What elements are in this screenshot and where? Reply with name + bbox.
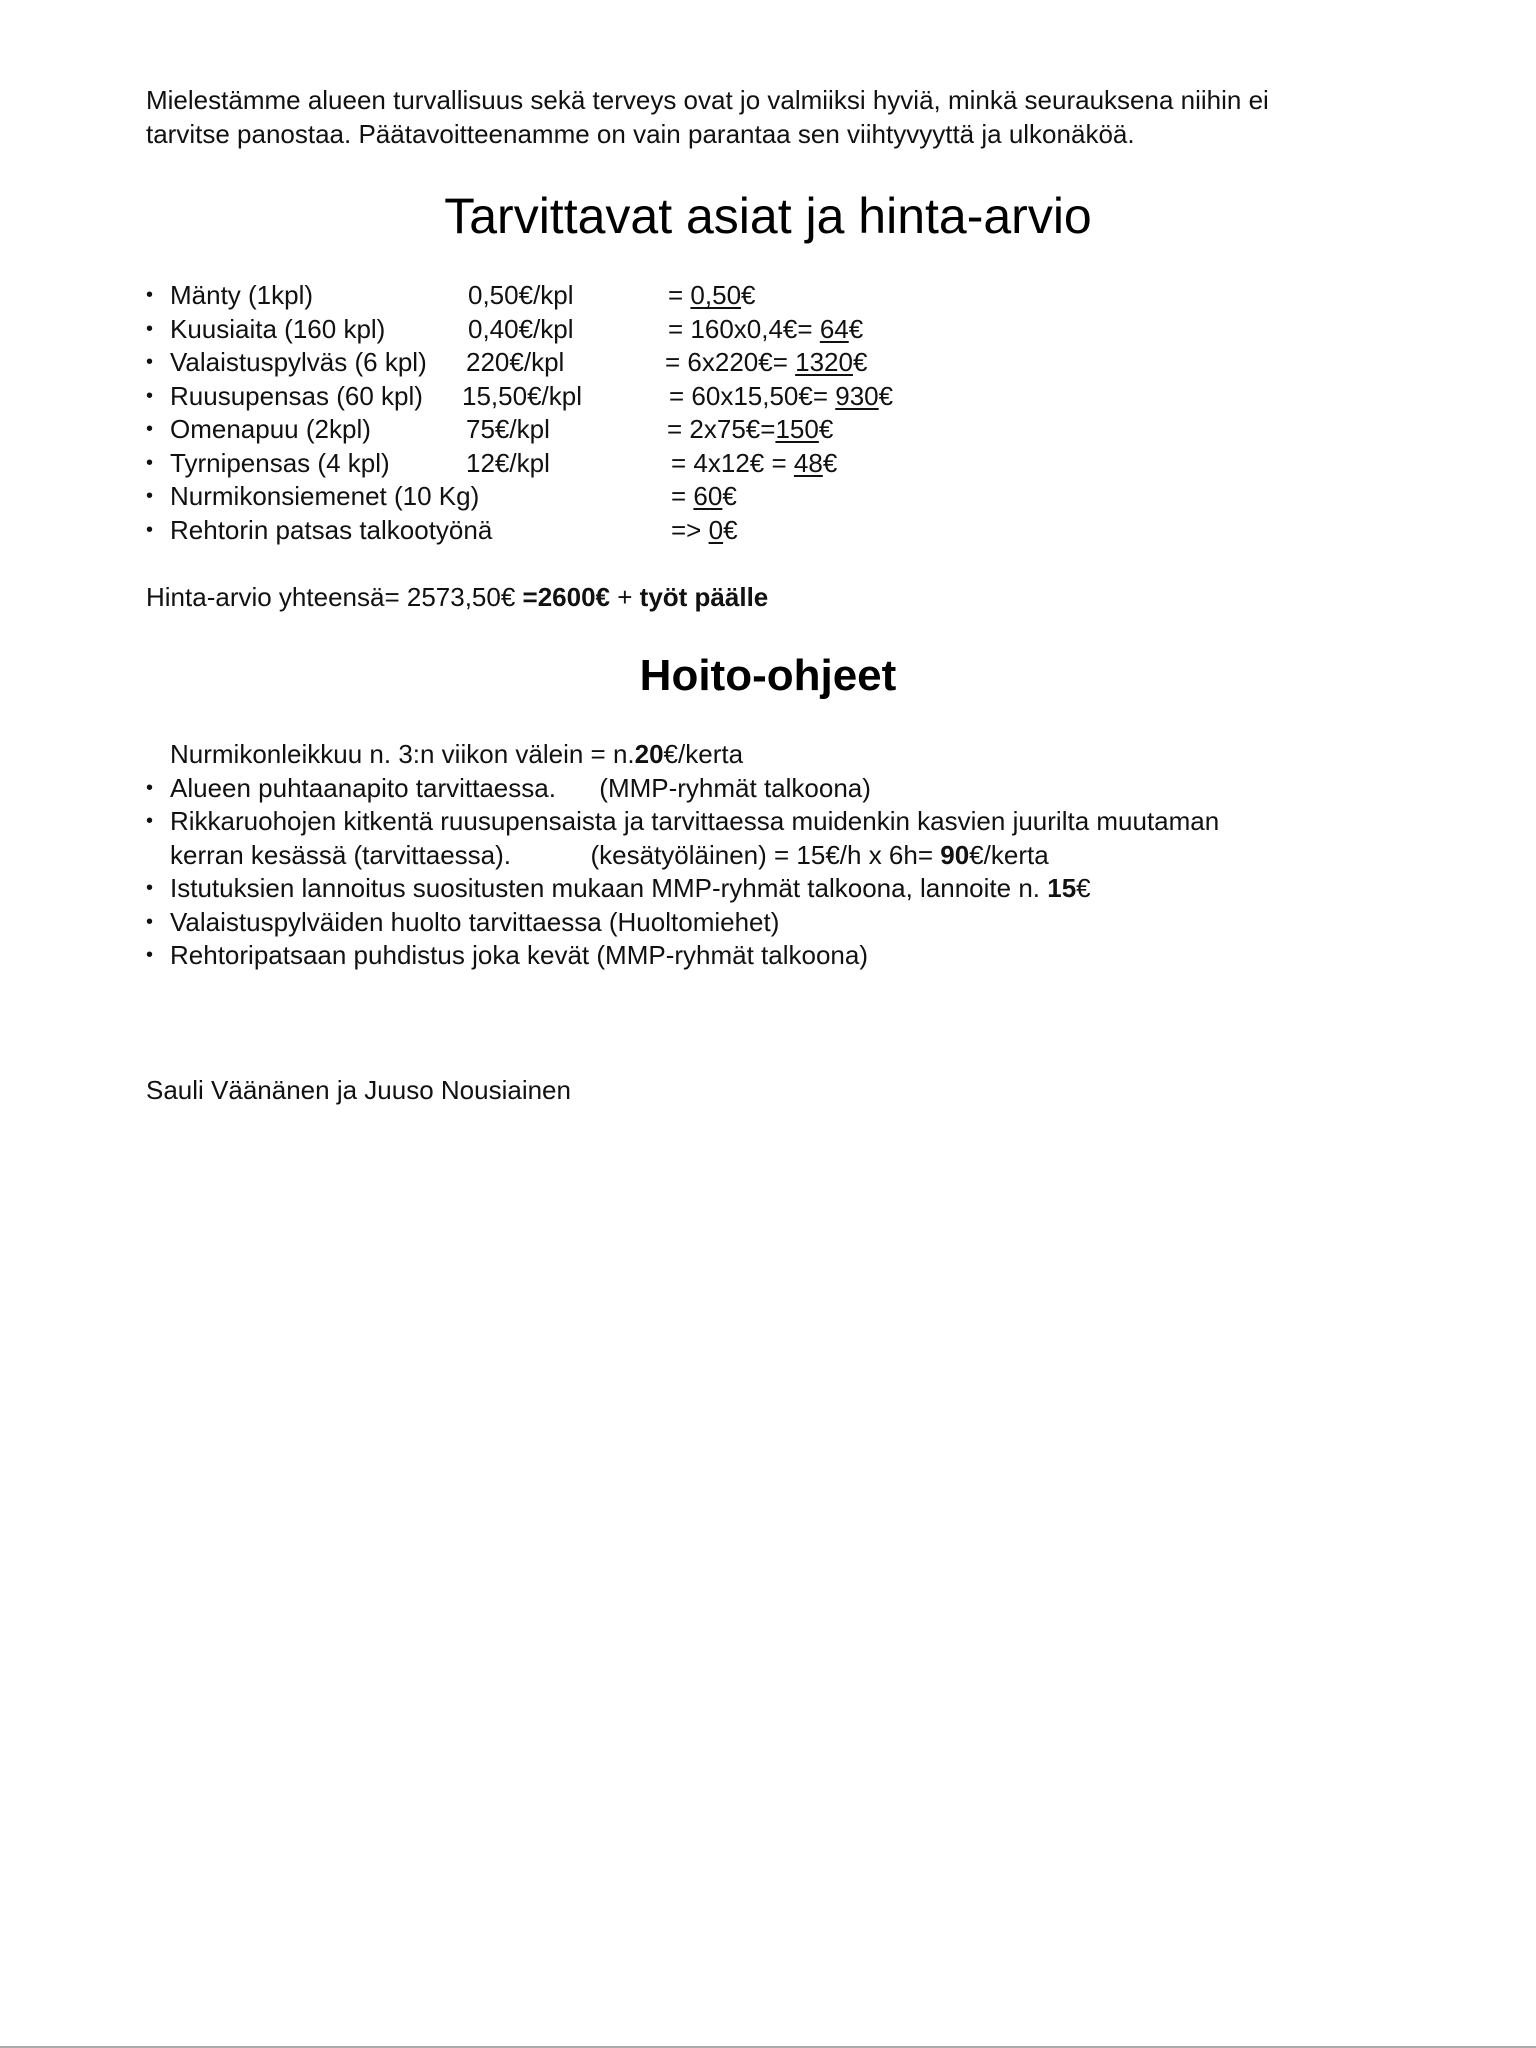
item-calculation: = 160x0,4€= 64€	[668, 313, 863, 347]
bullet-icon: •	[146, 279, 153, 313]
bullet-icon: •	[146, 939, 153, 973]
item-name: Ruusupensas (60 kpl)	[170, 381, 423, 411]
list-item: •Istutuksien lannoitus suositusten mukaa…	[146, 872, 1219, 906]
list-item: •Nurmikonleikkuu n. 3:n viikon välein = …	[146, 738, 1219, 772]
item-unit-price: 15,50€/kpl	[462, 380, 582, 414]
list-item: •Valaistuspylväiden huolto tarvittaessa …	[146, 906, 1219, 940]
bullet-icon: •	[146, 480, 153, 514]
bullet-icon: •	[146, 447, 153, 481]
total-note: työt päälle	[640, 582, 769, 612]
item-name: Mänty (1kpl)	[170, 280, 313, 310]
items-list: •Mänty (1kpl)0,50€/kpl= 0,50€•Kuusiaita …	[146, 279, 492, 547]
item-name: Nurmikonsiemenet (10 Kg)	[170, 481, 479, 511]
item-unit-price: 75€/kpl	[466, 413, 550, 447]
intro-line: tarvitse panostaa. Päätavoitteenamme on …	[146, 117, 1269, 151]
item-unit-price: 220€/kpl	[466, 346, 564, 380]
list-item: •Alueen puhtaanapito tarvittaessa. (MMP-…	[146, 772, 1219, 806]
care-list: •Nurmikonleikkuu n. 3:n viikon välein = …	[146, 738, 1219, 973]
list-item: •Mänty (1kpl)0,50€/kpl= 0,50€	[146, 279, 492, 313]
list-item: •Kuusiaita (160 kpl)0,40€/kpl= 160x0,4€=…	[146, 313, 492, 347]
list-item: •Omenapuu (2kpl)75€/kpl= 2x75€=150€	[146, 413, 492, 447]
total-estimate: Hinta-arvio yhteensä= 2573,50€ =2600€ + …	[146, 580, 768, 614]
list-item: •Ruusupensas (60 kpl)15,50€/kpl= 60x15,5…	[146, 380, 492, 414]
item-total: 930	[835, 381, 878, 411]
care-text: Rehtoripatsaan puhdistus joka kevät (MMP…	[170, 940, 868, 970]
item-name: Rehtorin patsas talkootyönä	[170, 515, 492, 545]
care-heading: Hoito-ohjeet	[0, 648, 1536, 704]
care-text: Nurmikonleikkuu n. 3:n viikon välein = n…	[170, 739, 743, 769]
item-unit-price: 12€/kpl	[466, 447, 550, 481]
bullet-icon: •	[146, 346, 153, 380]
item-total: 150	[775, 414, 818, 444]
total-rounded: =2600€	[523, 582, 610, 612]
item-calculation: = 2x75€=150€	[667, 413, 833, 447]
item-total: 48	[794, 448, 823, 478]
list-item: •Nurmikonsiemenet (10 Kg)= 60€	[146, 480, 492, 514]
item-unit-price: 0,40€/kpl	[468, 313, 574, 347]
intro-paragraph: Mielestämme alueen turvallisuus sekä ter…	[146, 83, 1269, 151]
item-total: 60	[693, 481, 722, 511]
item-total: 1320	[795, 347, 853, 377]
bullet-icon: •	[146, 906, 153, 940]
list-item: •Rikkaruohojen kitkentä ruusupensaista j…	[146, 805, 1219, 839]
item-name: Kuusiaita (160 kpl)	[170, 314, 385, 344]
signature: Sauli Väänänen ja Juuso Nousiainen	[146, 1073, 571, 1107]
item-calculation: => 0€	[671, 514, 738, 548]
bullet-icon: •	[146, 313, 153, 347]
bullet-icon: •	[146, 380, 153, 414]
bullet-icon: •	[146, 514, 153, 548]
item-name: Valaistuspylväs (6 kpl)	[170, 347, 427, 377]
item-unit-price: 0,50€/kpl	[468, 279, 574, 313]
item-name: Tyrnipensas (4 kpl)	[170, 448, 390, 478]
care-text: Rikkaruohojen kitkentä ruusupensaista ja…	[170, 806, 1219, 836]
bold-amount: 20	[635, 739, 664, 769]
item-calculation: = 60x15,50€= 930€	[669, 380, 893, 414]
bullet-icon: •	[146, 872, 153, 906]
item-calculation: = 0,50€	[668, 279, 756, 313]
total-label: Hinta-arvio yhteensä= 2573,50€	[146, 582, 523, 612]
item-calculation: = 60€	[671, 480, 737, 514]
item-calculation: = 4x12€ = 48€	[671, 447, 837, 481]
bullet-icon: •	[146, 772, 153, 806]
intro-line: Mielestämme alueen turvallisuus sekä ter…	[146, 83, 1269, 117]
total-plus: +	[610, 582, 640, 612]
list-item: •Rehtoripatsaan puhdistus joka kevät (MM…	[146, 939, 1219, 973]
list-item: •Rehtorin patsas talkootyönä=> 0€	[146, 514, 492, 548]
bold-amount: 15	[1047, 873, 1076, 903]
bold-amount: 90	[940, 840, 969, 870]
item-calculation: = 6x220€= 1320€	[665, 346, 867, 380]
care-text: kerran kesässä (tarvittaessa). (kesätyöl…	[170, 840, 1049, 870]
item-name: Omenapuu (2kpl)	[170, 414, 371, 444]
care-text: Istutuksien lannoitus suositusten mukaan…	[170, 873, 1091, 903]
item-total: 0,50	[690, 280, 741, 310]
list-item: •kerran kesässä (tarvittaessa). (kesätyö…	[146, 839, 1219, 873]
list-item: •Valaistuspylväs (6 kpl)220€/kpl= 6x220€…	[146, 346, 492, 380]
list-item: •Tyrnipensas (4 kpl)12€/kpl= 4x12€ = 48€	[146, 447, 492, 481]
item-total: 64	[820, 314, 849, 344]
bullet-icon: •	[146, 413, 153, 447]
bullet-icon: •	[146, 805, 153, 839]
care-text: Alueen puhtaanapito tarvittaessa. (MMP-r…	[170, 773, 871, 803]
care-text: Valaistuspylväiden huolto tarvittaessa (…	[170, 907, 779, 937]
items-heading: Tarvittavat asiat ja hinta-arvio	[0, 186, 1536, 246]
item-total: 0	[709, 515, 723, 545]
